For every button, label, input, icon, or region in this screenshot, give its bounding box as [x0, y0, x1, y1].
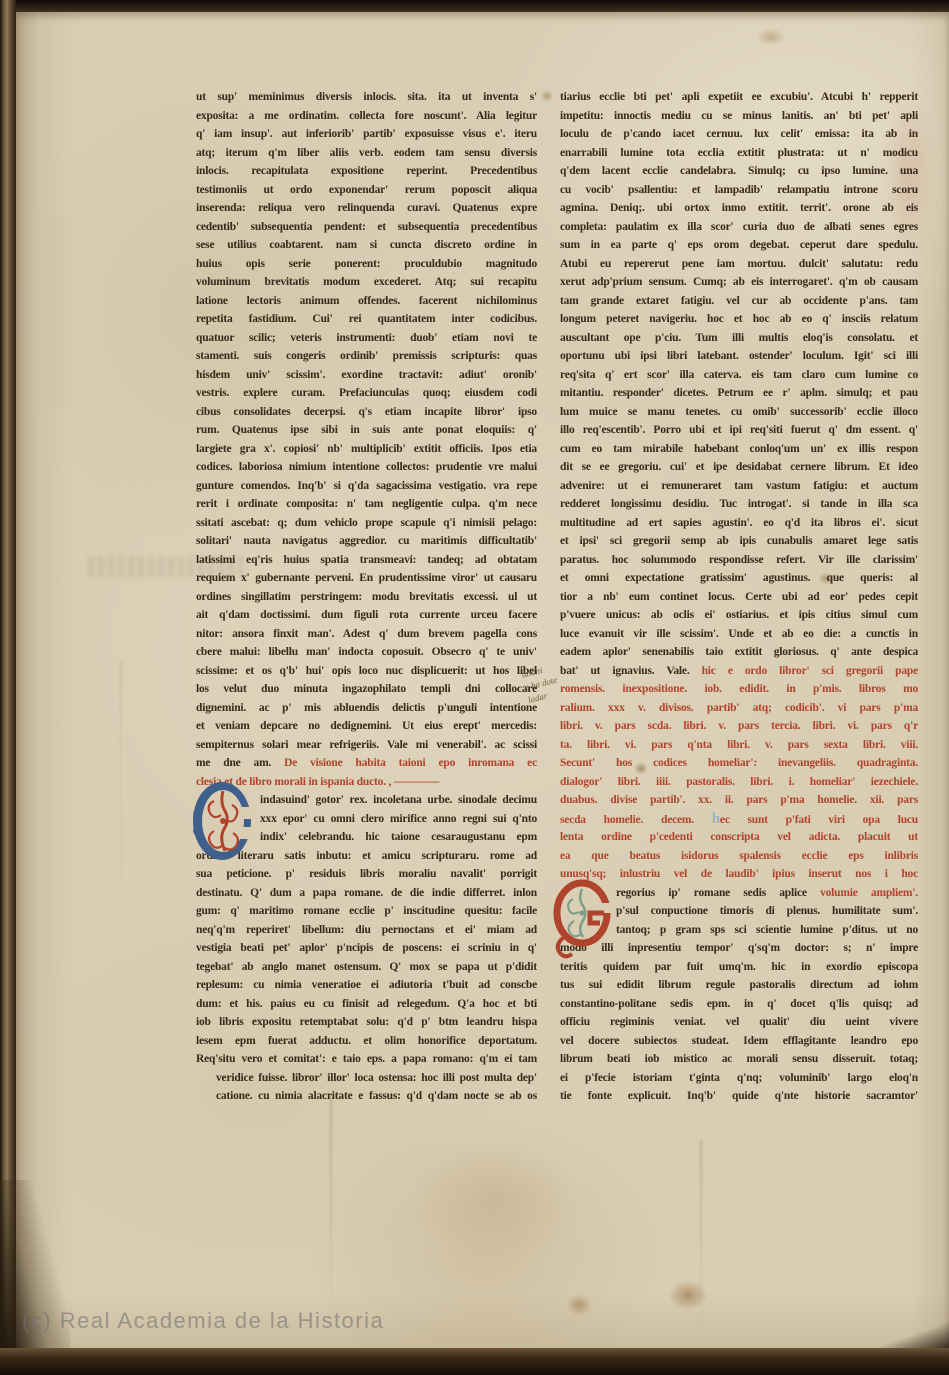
body-text: los velut duo minuta ingazophilato templ… — [196, 683, 537, 695]
body-text: ei p'fecie istoriam t'ginta q'nq; volumi… — [560, 1072, 918, 1084]
text-line: cum eo tam mirabile habebant conloq'um u… — [560, 440, 918, 459]
text-line: cedentib' subsequentia pendent: et subse… — [196, 218, 537, 237]
text-line: paratus. hoc solummodo respondisse refer… — [560, 551, 918, 570]
body-text: vestris. explere curam. Prefaciunculas q… — [196, 387, 537, 399]
body-text: rerit i ordinate composita: n' tam negli… — [196, 498, 537, 510]
body-text: agmina. Deniq;. ubi ortox inmo extitit. … — [560, 202, 918, 214]
body-text: loculu de p'cando iacet cernuu. lux celi… — [560, 128, 918, 140]
text-line: requiem x' gubernante perveni. En pruden… — [196, 569, 537, 588]
text-line: vestigia beati pet' aplor' p'ncipis de p… — [196, 939, 537, 958]
rubric-text: hic e ordo libror' sci gregorii pape — [702, 665, 918, 677]
body-text: longum peteret navigeriu. hoc et hoc ab … — [560, 313, 918, 325]
text-line: longum peteret navigeriu. hoc et hoc ab … — [560, 310, 918, 329]
text-line: loculu de p'cando iacet cernuu. lux celi… — [560, 125, 918, 144]
body-text: dignemini. ac p' mis abluendis delictis … — [196, 702, 537, 714]
text-line: auscultant ope p'ciu. Tum illi multis el… — [560, 329, 918, 348]
body-text: stamenti. suis congeris ordinib' premiss… — [196, 350, 537, 362]
text-line: libri. v. pars scda. libri. v. pars terc… — [560, 717, 918, 736]
text-line: q' iam insup'. aut inferiorib' partib' e… — [196, 125, 537, 144]
text-line: mitantiu. responder' dicetes. Petrum ee … — [560, 384, 918, 403]
body-text: Req'situ vero et comitat': e taio eps. a… — [196, 1053, 537, 1065]
body-text: cbere malui: libellu man' indocta coposu… — [196, 646, 537, 658]
text-line: dum: et his. paius eu cu finisit ad rele… — [196, 995, 537, 1014]
text-line: duabus. divise partib'. xx. ii. pars p'm… — [560, 791, 918, 810]
body-text: et veniam depcare no dedignemini. Ut eiu… — [196, 720, 537, 732]
text-line: constantino-politane sedis epm. in q' do… — [560, 995, 918, 1014]
text-line: luce evanuit vir ille scissim'. Unde et … — [560, 625, 918, 644]
text-line: sese utilius coabtarent. nam si cuncta d… — [196, 236, 537, 255]
body-text: ssitati ascebat: q; dum vehiclo prope sc… — [196, 517, 537, 529]
body-text: cu vocib' psallentiu: et lampadib' relam… — [560, 184, 918, 196]
body-text: tior a nb' eum continet locus. Certe ubi… — [560, 591, 918, 603]
body-text: neq'q'm reperiret' libellum: diu pernoct… — [196, 924, 537, 936]
body-text: q'dem lacent ecclie candelabra. Simulq; … — [560, 165, 918, 177]
text-line: multitudine ad ert sapies agustin'. eo q… — [560, 514, 918, 533]
body-text: tus sui edidit librum regule pastoralis … — [560, 979, 918, 991]
text-line: hisdem univ' scissim'. exordine tractavi… — [196, 366, 537, 385]
text-line: destinatu. Q' dum a papa romane. de die … — [196, 884, 537, 903]
text-line: iob libris expositu retemptabat solu: q'… — [196, 1013, 537, 1032]
body-text: regorius ip' romane sedis aplice — [616, 887, 820, 899]
text-line: inserenda: reliqua vero relinquenda cura… — [196, 199, 537, 218]
text-line: voluminum brevitatis modum excederet. At… — [196, 273, 537, 292]
text-line: ta. libri. vi. pars q'nta libri. v. pars… — [560, 736, 918, 755]
parchment-crease — [700, 1140, 702, 1340]
body-text: repetita fastidium. Cui' rei quantitatem… — [196, 313, 537, 325]
body-text: huius opis serie ponerent: proculdubio m… — [196, 258, 537, 270]
body-text: solitari' nauta navigatus aggredior. cu … — [196, 535, 537, 547]
text-line: solitari' nauta navigatus aggredior. cu … — [196, 532, 537, 551]
text-line: secda homelie. decem. hec sunt p'fati vi… — [560, 810, 918, 829]
text-line: largiete gra x'. copiosi' nb' multiplici… — [196, 440, 537, 459]
text-line: tior a nb' eum continet locus. Certe ubi… — [560, 588, 918, 607]
text-line: req'sita q' ert scor' illa caterva. eis … — [560, 366, 918, 385]
text-line: lenta ordine p'cedenti conscripta vel ad… — [560, 828, 918, 847]
rubric-text: ta. libri. vi. pars q'nta libri. v. pars… — [560, 739, 918, 751]
manuscript-photo: { "watermark": "(c) Real Academia de la … — [0, 0, 949, 1375]
text-line: latissimi eq'ris huius spatia transmeavi… — [196, 551, 537, 570]
body-text: eadem aplor' senenabilis taio extitit gl… — [560, 646, 918, 658]
text-line: illo req'escentib'. Porro ubi et ipi req… — [560, 421, 918, 440]
text-line: vestris. explere curam. Prefaciunculas q… — [196, 384, 537, 403]
text-line: cbere malui: libellu man' indocta coposu… — [196, 643, 537, 662]
body-text: me dne am. — [196, 757, 284, 769]
body-text: req'sita q' ert scor' illa caterva. eis … — [560, 369, 918, 381]
text-line: inlocis. recapitulata expositione reperi… — [196, 162, 537, 181]
rubric-text: libri. v. pars scda. libri. v. pars terc… — [560, 720, 918, 732]
text-line: p'vuere unicus: ab oclis ei' ostiarius. … — [560, 606, 918, 625]
body-text: sese utilius coabtarent. nam si cuncta d… — [196, 239, 537, 251]
body-text: tie fonte explicuit. Inq'b' quide q'nte … — [560, 1090, 918, 1102]
text-line: nitor: ansora finxit man'. Adest q' dum … — [196, 625, 537, 644]
small-initial-h: h — [712, 811, 720, 827]
body-text: voluminum brevitatis modum excederet. At… — [196, 276, 537, 288]
text-line: romensis. inexpositione. iob. edidit. in… — [560, 680, 918, 699]
body-text: auscultant ope p'ciu. Tum illi multis el… — [560, 332, 918, 344]
body-text: redderet longissimu desidiu. Tuc introga… — [560, 498, 918, 510]
body-text: lesem epm fuerat adductu. et olim honori… — [196, 1035, 537, 1047]
text-line: sum in ea parte q' eps orom degebat. cep… — [560, 236, 918, 255]
body-text: latissimi eq'ris huius spatia transmeavi… — [196, 554, 537, 566]
body-text: cedentib' subsequentia pendent: et subse… — [196, 221, 537, 233]
text-line: codices. laboriosa nimium intentione col… — [196, 458, 537, 477]
text-line: cu vocib' psallentiu: et lampadib' relam… — [560, 181, 918, 200]
page-corner-shadow — [0, 1180, 70, 1375]
body-text: ordines singillatim perstringem: modu br… — [196, 591, 537, 603]
body-text: xxx epor' cu omni clero mirifice anno re… — [260, 813, 537, 825]
parchment-crease — [120, 660, 122, 960]
body-text: indix' celebrandu. hic taione cesaraugus… — [260, 831, 537, 843]
text-line: tam grande extaret fatigiu. vel cur ab o… — [560, 292, 918, 311]
body-text: Atubi eu repererut pene iam mortuu. dulc… — [560, 258, 918, 270]
body-text: xerut adp'prium sensum. Cumq; ab eis int… — [560, 276, 918, 288]
rubric-text: dialogor' libri. iiii. pastoralis. libri… — [560, 776, 918, 788]
text-line: ait q'dam doctissimi. dum figuli rota cu… — [196, 606, 537, 625]
body-text: vestigia beati pet' aplor' p'ncipis de p… — [196, 942, 537, 954]
body-text: dum: et his. paius eu cu finisit ad rele… — [196, 998, 537, 1010]
text-line: bat' ut ignavius. Vale. hic e ordo libro… — [560, 662, 918, 681]
text-line: rum. Quatenus ipse sibi in suis ante pon… — [196, 421, 537, 440]
text-line: exposita: a me ordinatim. collecta fore … — [196, 107, 537, 126]
text-line: gum: q' maritimo romane ecclie p' inscit… — [196, 902, 537, 921]
text-line: tegebat' ab anglo manet ostensum. Q' mox… — [196, 958, 537, 977]
text-line: ut sup' meminimus diversis inlocis. sita… — [196, 88, 537, 107]
body-text: catione. cu nimia alacritate e fassus: q… — [216, 1090, 537, 1102]
body-text: mitantiu. responder' dicetes. Petrum ee … — [560, 387, 918, 399]
body-text: gunture comendos. Inq'b' si q'da sagacis… — [196, 480, 537, 492]
body-text: sum in ea parte q' eps orom degebat. cep… — [560, 239, 918, 251]
body-text: replesum: cu nimia veneratioe ei adiutor… — [196, 979, 537, 991]
body-text: requiem x' gubernante perveni. En pruden… — [196, 572, 537, 584]
body-text: indasuind' gotor' rex. incoletana urbe. … — [260, 794, 537, 806]
text-line: testimoniis ut ordo exponendar' rerum po… — [196, 181, 537, 200]
body-text: destinatu. Q' dum a papa romane. de die … — [196, 887, 537, 899]
body-text: veridice fuisse. libror' illor' loca ost… — [216, 1072, 537, 1084]
text-line: rerit i ordinate composita: n' tam negli… — [196, 495, 537, 514]
book-bottom-edge — [0, 1348, 949, 1375]
body-text: vel docere subiectos studeat. Idem effla… — [560, 1035, 918, 1047]
text-line: ordines singillatim perstringem: modu br… — [196, 588, 537, 607]
text-line: enarrabili lumine tota ecclia extitit pl… — [560, 144, 918, 163]
rubric-text: romensis. inexpositione. iob. edidit. in… — [560, 683, 918, 695]
body-text: codices. laboriosa nimium intentione col… — [196, 461, 537, 473]
rubric-text: volumie ampliem'. — [820, 887, 918, 899]
body-text: officiu regiminis veniat. vel qualit' di… — [560, 1016, 918, 1028]
body-text: ut sup' meminimus diversis inlocis. sita… — [196, 91, 537, 103]
text-line: redderet longissimu desidiu. Tuc introga… — [560, 495, 918, 514]
copyright-watermark: (c) Real Academia de la Historia — [22, 1308, 384, 1334]
body-text: constantino-politane sedis epm. in q' do… — [560, 998, 918, 1010]
body-text: rum. Quatenus ipse sibi in suis ante pon… — [196, 424, 537, 436]
text-line: dit se ee gregoriu. cui' et ipe desidaba… — [560, 458, 918, 477]
binding-gutter-edge — [0, 0, 16, 1375]
body-text: tegebat' ab anglo manet ostensum. Q' mox… — [196, 961, 537, 973]
text-line: stamenti. suis congeris ordinib' premiss… — [196, 347, 537, 366]
body-text: oportunu ubi ipsi libri latebant. ostend… — [560, 350, 918, 362]
body-text: tantoq; p gram sps sci scientie lumine p… — [616, 924, 918, 936]
text-line: completa: paulatim ex illa scor' curia d… — [560, 218, 918, 237]
text-line: eadem aplor' senenabilis taio extitit gl… — [560, 643, 918, 662]
body-text: largiete gra x'. copiosi' nb' multiplici… — [196, 443, 537, 455]
rubric-text: secda homelie. decem. — [560, 814, 712, 826]
body-text: et omni expectatione gratissim' agustinu… — [560, 572, 918, 584]
rubric-text: ec sunt p'fati viri opa lucu — [720, 814, 918, 826]
text-line: atq; iterum q'm liber aliis verb. eodem … — [196, 144, 537, 163]
text-line: ralium. xxx v. divisos. partib' atq; cod… — [560, 699, 918, 718]
body-text: nitor: ansora finxit man'. Adest q' dum … — [196, 628, 537, 640]
body-text: enarrabili lumine tota ecclia extitit pl… — [560, 147, 918, 159]
body-text: quatuor scilic; veteris instrumenti: duo… — [196, 332, 537, 344]
body-text: dit se ee gregoriu. cui' et ipe desidaba… — [560, 461, 918, 473]
left-text-column: ut sup' meminimus diversis inlocis. sita… — [196, 88, 537, 1106]
text-line: agmina. Deniq;. ubi ortox inmo extitit. … — [560, 199, 918, 218]
text-line: veridice fuisse. libror' illor' loca ost… — [196, 1069, 537, 1088]
body-text: tiarius ecclie bti pet' apli expetiit ee… — [560, 91, 918, 103]
text-line: ei p'fecie istoriam t'ginta q'nq; volumi… — [560, 1069, 918, 1088]
text-line: impetitu: innoctis mediu cu se minus lan… — [560, 107, 918, 126]
body-text: advenire: ut ei remuneraret tam vastum f… — [560, 480, 918, 492]
text-line: repetita fastidium. Cui' rei quantitatem… — [196, 310, 537, 329]
text-line: huius opis serie ponerent: proculdubio m… — [196, 255, 537, 274]
body-text: illo req'escentib'. Porro ubi et ipi req… — [560, 424, 918, 436]
text-line: oportunu ubi ipsi libri latebant. ostend… — [560, 347, 918, 366]
text-line: Atubi eu repererut pene iam mortuu. dulc… — [560, 255, 918, 274]
text-line: lum muice se manu tenetes. cu omib' succ… — [560, 403, 918, 422]
text-line: neq'q'm reperiret' libellum: diu pernoct… — [196, 921, 537, 940]
rubric-text: De visione habita taioni epo inromana ec — [284, 757, 537, 769]
text-line: Req'situ vero et comitat': e taio eps. a… — [196, 1050, 537, 1069]
text-line: et veniam depcare no dedignemini. Ut eiu… — [196, 717, 537, 736]
text-line: tiarius ecclie bti pet' apli expetiit ee… — [560, 88, 918, 107]
body-text: impetitu: innoctis mediu cu se minus lan… — [560, 110, 918, 122]
body-text: paratus. hoc solummodo respondisse refer… — [560, 554, 918, 566]
body-text: scissime: et os q'b' hui' opis loco nuc … — [196, 665, 537, 677]
text-line: dialogor' libri. iiii. pastoralis. libri… — [560, 773, 918, 792]
body-text: q' iam insup'. aut inferiorib' partib' e… — [196, 128, 537, 140]
rubric-text: lenta ordine p'cedenti conscripta vel ad… — [560, 831, 918, 843]
body-text: completa: paulatim ex illa scor' curia d… — [560, 221, 918, 233]
text-line: gunture comendos. Inq'b' si q'da sagacis… — [196, 477, 537, 496]
text-line: advenire: ut ei remuneraret tam vastum f… — [560, 477, 918, 496]
text-line: scissime: et os q'b' hui' opis loco nuc … — [196, 662, 537, 681]
body-text: p'vuere unicus: ab oclis ei' ostiarius. … — [560, 609, 918, 621]
text-line: catione. cu nimia alacritate e fassus: q… — [196, 1087, 537, 1106]
text-line: ssitati ascebat: q; dum vehiclo prope sc… — [196, 514, 537, 533]
body-text: latione lectoris animum offendes. facere… — [196, 295, 537, 307]
text-line: ea que beatus isidorus spalensis ecclie … — [560, 847, 918, 866]
body-text: iob libris expositu retemptabat solu: q'… — [196, 1016, 537, 1028]
rubric-text: ralium. xxx v. divisos. partib' atq; cod… — [560, 702, 918, 714]
body-text: et ipsi' sci gregorii semp ab ipis cunab… — [560, 535, 918, 547]
body-text: sempiternus solari mear refrigeriis. Val… — [196, 739, 537, 751]
text-line: tie fonte explicuit. Inq'b' quide q'nte … — [560, 1087, 918, 1106]
body-text: cibus consolidates decerpsi. q's etiam i… — [196, 406, 537, 418]
body-text: p'sul conpuctione timoris di plenus. hum… — [616, 905, 918, 917]
text-line: Secunt' hos codices homeliar': inevangel… — [560, 754, 918, 773]
text-line: vel docere subiectos studeat. Idem effla… — [560, 1032, 918, 1051]
text-line: tus sui edidit librum regule pastoralis … — [560, 976, 918, 995]
rubric-text: duabus. divise partib'. xx. ii. pars p'm… — [560, 794, 918, 806]
body-text: librum beati iob mistico ac morali sensu… — [560, 1053, 918, 1065]
text-line: xerut adp'prium sensum. Cumq; ab eis int… — [560, 273, 918, 292]
body-text: tam grande extaret fatigiu. vel cur ab o… — [560, 295, 918, 307]
text-line: sempiternus solari mear refrigeriis. Val… — [196, 736, 537, 755]
body-text: multitudine ad ert sapies agustin'. eo q… — [560, 517, 918, 529]
text-line: quatuor scilic; veteris instrumenti: duo… — [196, 329, 537, 348]
text-line: replesum: cu nimia veneratioe ei adiutor… — [196, 976, 537, 995]
text-line: q'dem lacent ecclie candelabra. Simulq; … — [560, 162, 918, 181]
body-text: luce evanuit vir ille scissim'. Unde et … — [560, 628, 918, 640]
body-text: hisdem univ' scissim'. exordine tractavi… — [196, 369, 537, 381]
text-line: me dne am. De visione habita taioni epo … — [196, 754, 537, 773]
body-text: gum: q' maritimo romane ecclie p' inscit… — [196, 905, 537, 917]
decorated-initial-c — [190, 779, 256, 870]
text-line: et omni expectatione gratissim' agustinu… — [560, 569, 918, 588]
body-text: lum muice se manu tenetes. cu omib' succ… — [560, 406, 918, 418]
text-line: officiu regiminis veniat. vel qualit' di… — [560, 1013, 918, 1032]
rubric-text: Secunt' hos codices homeliar': inevangel… — [560, 757, 918, 769]
body-text: cum eo tam mirabile habebant conloq'um u… — [560, 443, 918, 455]
text-line: los velut duo minuta ingazophilato templ… — [196, 680, 537, 699]
text-line: et ipsi' sci gregorii semp ab ipis cunab… — [560, 532, 918, 551]
body-text: inlocis. recapitulata expositione reperi… — [196, 165, 537, 177]
body-text: testimoniis ut ordo exponendar' rerum po… — [196, 184, 537, 196]
rubric-text: ea que beatus isidorus spalensis ecclie … — [560, 850, 918, 862]
text-line: cibus consolidates decerpsi. q's etiam i… — [196, 403, 537, 422]
body-text: inserenda: reliqua vero relinquenda cura… — [196, 202, 537, 214]
text-line: dignemini. ac p' mis abluendis delictis … — [196, 699, 537, 718]
parchment-crease — [330, 1095, 332, 1330]
body-text: exposita: a me ordinatim. collecta fore … — [196, 110, 537, 122]
decorated-initial-g — [552, 879, 614, 964]
text-line: lesem epm fuerat adductu. et olim honori… — [196, 1032, 537, 1051]
body-text: atq; iterum q'm liber aliis verb. eodem … — [196, 147, 537, 159]
body-text: ait q'dam doctissimi. dum figuli rota cu… — [196, 609, 537, 621]
text-line: librum beati iob mistico ac morali sensu… — [560, 1050, 918, 1069]
text-line: latione lectoris animum offendes. facere… — [196, 292, 537, 311]
